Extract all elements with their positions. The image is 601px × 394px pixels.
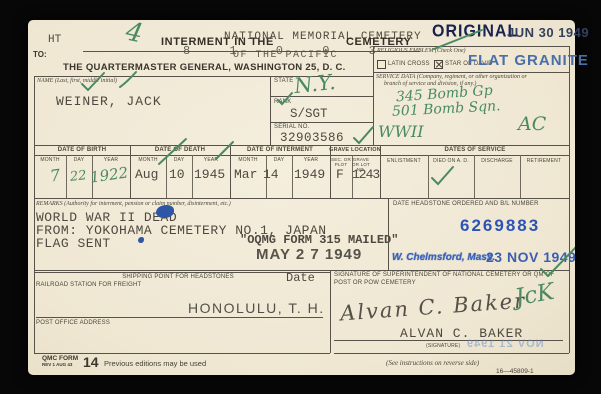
divider xyxy=(388,198,389,270)
rank-value: S/SGT xyxy=(290,107,328,121)
dob-label: DATE OF BIRTH xyxy=(58,147,107,153)
dod-label: DATE OF DEATH xyxy=(155,147,205,153)
typed-of-the-pacific: OF THE PACIFIC xyxy=(233,50,338,61)
addressee: THE QUARTERMASTER GENERAL, WASHINGTON 25… xyxy=(63,62,346,73)
bl-number-stamp: 6269883 xyxy=(460,216,540,236)
divider xyxy=(34,198,569,199)
print-code: 16—45809-1 xyxy=(496,368,534,375)
doi-year-value: 1949 xyxy=(294,167,325,182)
doi-day-value: 14 xyxy=(263,167,279,182)
grave-sec-label: SEC. OR PLOT xyxy=(331,157,351,167)
divider xyxy=(373,46,569,47)
divider xyxy=(569,46,570,353)
doi-day-label: DAY xyxy=(274,157,285,163)
post-office-label: POST OFFICE ADDRESS xyxy=(36,320,110,326)
divider xyxy=(270,122,373,123)
shipping-header: SHIPPING POINT FOR HEADSTONES xyxy=(122,274,234,280)
dob-month-value: 7 xyxy=(49,165,62,185)
dos-retirement-label: RETIREMENT xyxy=(527,158,562,164)
serial-label: SERIAL NO. xyxy=(274,124,309,130)
divider xyxy=(334,353,569,354)
name-value: WEINER, JACK xyxy=(56,94,162,109)
handwritten-check-4: 4 xyxy=(123,17,145,50)
divider xyxy=(292,155,293,198)
mailed-date-stamp: MAY 2 7 1949 xyxy=(256,246,362,263)
doi-month-label: MONTH xyxy=(238,157,257,163)
grave-lot-value: 1243 xyxy=(352,167,379,182)
divider xyxy=(520,155,521,198)
dob-year-value: 1922 xyxy=(89,163,129,186)
flat-granite-stamp: FLAT GRANITE xyxy=(468,52,589,69)
dos-died-label: DIED ON A. D. xyxy=(433,158,469,164)
oqmg-mailed-stamp: "OQMG FORM 315 MAILED" xyxy=(240,233,398,247)
form-number: 14 xyxy=(83,354,99,370)
signature-label: (SIGNATURE) xyxy=(426,343,460,349)
divider xyxy=(34,76,35,353)
rank-label: RANK xyxy=(274,99,291,105)
serial-value: 32903586 xyxy=(280,131,344,145)
dos-discharge-label: DISCHARGE xyxy=(481,158,513,164)
grave-location-label: GRAVE LOCATION xyxy=(329,147,381,153)
grave-sec-value: F xyxy=(336,167,344,182)
divider xyxy=(130,145,131,198)
ink-blot-small xyxy=(138,237,144,243)
divider xyxy=(270,76,271,145)
doi-year-label: YEAR xyxy=(304,157,318,163)
divider xyxy=(428,155,429,198)
dob-month-label: MONTH xyxy=(40,157,59,163)
doi-month-value: Mar xyxy=(234,167,257,182)
state-value: N.Y. xyxy=(293,70,337,98)
ghost-stamp: NOV 21 1949 xyxy=(466,338,544,350)
original-date-stamp: JUN 30 1949 xyxy=(507,25,589,40)
divider xyxy=(192,155,193,198)
dod-day-value: 10 xyxy=(169,167,185,182)
headstone-label: DATE HEADSTONE ORDERED AND B/L NUMBER xyxy=(393,201,539,207)
star-of-david-checkbox xyxy=(434,60,443,69)
dob-day-label: DAY xyxy=(74,157,85,163)
railroad-label: RAILROAD STATION FOR FREIGHT xyxy=(36,282,141,288)
place-stamp: W. Chelmsford, Mass. xyxy=(392,252,495,263)
divider xyxy=(373,72,569,73)
divider xyxy=(373,46,374,145)
signature-initials: JcK xyxy=(513,279,556,311)
latin-cross-label: LATIN CROSS xyxy=(388,61,430,67)
divider xyxy=(166,155,167,198)
ht-note: HT xyxy=(48,34,61,46)
divider xyxy=(270,96,373,97)
interment-form-card: HT 4 INTERMENT IN THE NATIONAL MEMORIAL … xyxy=(28,20,575,375)
footer-note: Previous editions may be used xyxy=(104,359,206,368)
shipping-date-label: Date xyxy=(286,271,315,285)
dates-of-service-label: DATES OF SERVICE xyxy=(445,147,506,153)
dob-year-label: YEAR xyxy=(104,157,118,163)
divider xyxy=(66,155,67,198)
dod-day-label: DAY xyxy=(174,157,185,163)
check-mark-serial xyxy=(354,127,373,143)
latin-cross-checkbox xyxy=(377,60,386,69)
shipping-point-value: HONOLULU, T. H. xyxy=(188,300,325,316)
check-mark-name-2 xyxy=(120,72,136,87)
dob-day-value: 22 xyxy=(69,168,87,185)
service-data-branch: AC xyxy=(518,113,546,135)
dos-enlistment-label: ENLISTMENT xyxy=(387,158,421,164)
signature-script: Alvan C. Baker xyxy=(339,289,527,326)
dod-month-label: MONTH xyxy=(138,157,157,163)
dod-year-label: YEAR xyxy=(204,157,218,163)
doi-label: DATE OF INTERMENT xyxy=(247,147,313,153)
state-label: STATE xyxy=(274,78,293,84)
form-rev: REV 1 AUG 43 xyxy=(42,362,72,367)
dod-month-value: Aug xyxy=(135,167,158,182)
divider xyxy=(474,155,475,198)
name-label: NAME (Last, first, middle initial) xyxy=(37,78,117,84)
divider xyxy=(36,317,323,318)
service-data-label-line1: SERVICE DATA (Company, regiment, or othe… xyxy=(376,74,527,80)
headstone-date-stamp: 23 NOV 1949 xyxy=(486,249,576,265)
divider xyxy=(34,145,569,146)
check-mark-died-on-ad xyxy=(432,167,453,184)
original-stamp: ORIGINAL xyxy=(432,22,518,42)
instructions-note: (See instructions on reverse side) xyxy=(386,359,479,367)
dod-year-value: 1945 xyxy=(194,167,225,182)
religious-emblem-label: RELIGIOUS EMBLEM (Check One) xyxy=(377,48,465,54)
divider xyxy=(34,353,330,354)
divider xyxy=(230,145,231,198)
remarks-line3: FLAG SENT xyxy=(36,236,111,251)
remarks-label: REMARKS (Authority for interment, pensio… xyxy=(36,201,231,207)
to-label: TO: xyxy=(33,50,47,59)
divider xyxy=(330,270,331,353)
service-data-war: WWII xyxy=(378,122,424,141)
divider xyxy=(34,155,569,156)
